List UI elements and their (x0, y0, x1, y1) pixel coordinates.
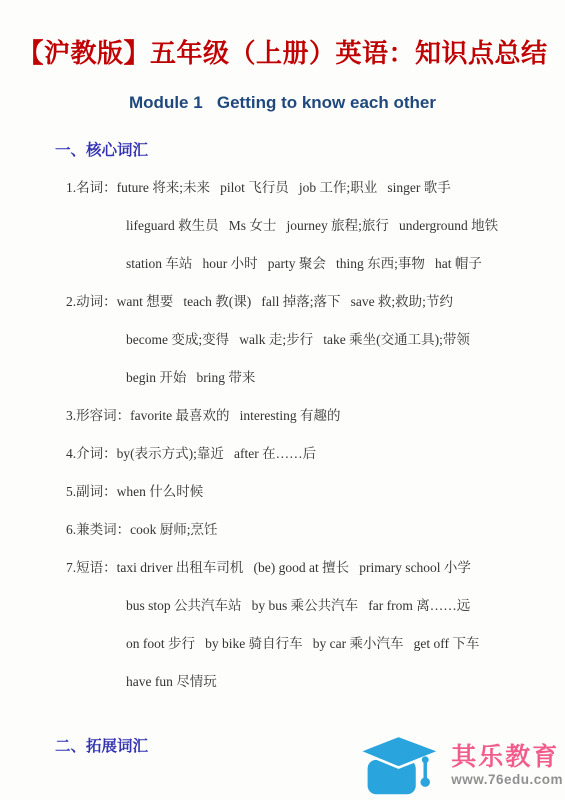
publisher-logo: 其乐教育 www.76edu.com (359, 734, 563, 796)
vocab-line: lifeguard 救生员 Ms 女士 journey 旅程;旅行 underg… (0, 207, 565, 245)
logo-brand-name: 其乐教育 (451, 743, 563, 771)
vocab-line-phrases: 7.短语：taxi driver 出租车司机 (be) good at 擅长 p… (0, 549, 565, 587)
vocab-line-adjectives: 3.形容词：favorite 最喜欢的 interesting 有趣的 (0, 397, 565, 435)
document-page: 【沪教版】五年级（上册）英语：知识点总结 Module 1 Getting to… (0, 0, 565, 800)
vocab-line: have fun 尽情玩 (0, 663, 565, 701)
logo-text-block: 其乐教育 www.76edu.com (451, 743, 563, 788)
vocab-line-nouns: 1.名词：future 将来;未来 pilot 飞行员 job 工作;职业 si… (0, 169, 565, 207)
vocab-line: on foot 步行 by bike 骑自行车 by car 乘小汽车 get … (0, 625, 565, 663)
logo-url: www.76edu.com (451, 771, 563, 788)
vocab-line-prepositions: 4.介词：by(表示方式);靠近 after 在……后 (0, 435, 565, 473)
doc-title: 【沪教版】五年级（上册）英语：知识点总结 (0, 33, 565, 70)
vocab-line: bus stop 公共汽车站 by bus 乘公共汽车 far from 离……… (0, 587, 565, 625)
module-heading: Module 1 Getting to know each other (0, 93, 565, 113)
vocab-line-verbs: 2.动词：want 想要 teach 教(课) fall 掉落;落下 save … (0, 283, 565, 321)
section-heading-core-vocab: 一、核心词汇 (55, 138, 565, 160)
vocab-line: begin 开始 bring 带来 (0, 359, 565, 397)
vocab-line: become 变成;变得 walk 走;步行 take 乘坐(交通工具);带领 (0, 321, 565, 359)
vocab-line-adverbs: 5.副词：when 什么时候 (0, 473, 565, 511)
graduation-cap-icon (359, 734, 445, 796)
vocab-line-multiclass: 6.兼类词：cook 厨师;烹饪 (0, 511, 565, 549)
core-vocab-list: 1.名词：future 将来;未来 pilot 飞行员 job 工作;职业 si… (0, 169, 565, 701)
vocab-line: station 车站 hour 小时 party 聚会 thing 东西;事物 … (0, 245, 565, 283)
